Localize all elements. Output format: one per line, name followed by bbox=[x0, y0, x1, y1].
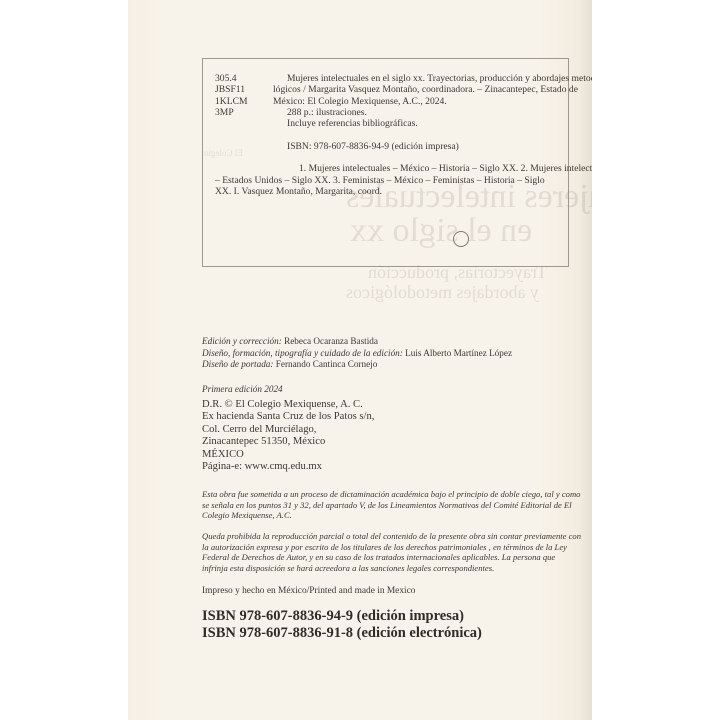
address-line: Col. Cerro del Murciélago, bbox=[202, 424, 582, 436]
publisher-address: D.R. © El Colegio Mexiquense, A. C. Ex h… bbox=[202, 399, 582, 473]
entry-line-blank bbox=[215, 152, 555, 163]
entry-line: México: El Colegio Mexiquense, A.C., 202… bbox=[215, 96, 555, 107]
edition-line: Primera edición 2024 bbox=[202, 384, 582, 395]
credit-line: Diseño de portada: Fernando Cantinca Cor… bbox=[202, 359, 582, 371]
entry-line: lógicos / Margarita Vasquez Montaño, coo… bbox=[215, 84, 555, 95]
copyright-note: Queda prohibida la reproducción parcial … bbox=[202, 531, 582, 573]
bleed-through-subtitle: y abordajes metodológicos bbox=[346, 282, 539, 303]
isbn-electronic: ISBN 978-607-8836-91-8 (edición electrón… bbox=[202, 625, 582, 642]
catalog-record-box: 305.4 JBSF11 1KLCM 3MP Mujeres intelectu… bbox=[202, 58, 569, 267]
subject-line: XX. I. Vasquez Montaño, Margarita, coord… bbox=[215, 186, 555, 197]
circle-mark bbox=[453, 231, 469, 247]
catalog-entry: Mujeres intelectuales en el siglo xx. Tr… bbox=[215, 73, 555, 197]
address-line: MÉXICO bbox=[202, 449, 582, 461]
address-line: D.R. © El Colegio Mexiquense, A. C. bbox=[202, 399, 582, 411]
credit-name: Luis Alberto Martínez López bbox=[405, 348, 512, 358]
credit-role: Edición y corrección: bbox=[202, 336, 282, 346]
address-line: Zinacantepec 51350, México bbox=[202, 436, 582, 448]
entry-line: Mujeres intelectuales en el siglo xx. Tr… bbox=[215, 73, 555, 84]
address-line: Ex hacienda Santa Cruz de los Patos s/n, bbox=[202, 411, 582, 423]
printed-in: Impreso y hecho en México/Printed and ma… bbox=[202, 586, 582, 597]
credit-line: Edición y corrección: Rebeca Ocaranza Ba… bbox=[202, 336, 582, 348]
entry-line: Incluye referencias bibliográficas. bbox=[215, 118, 555, 129]
credit-line: Diseño, formación, tipografía y cuidado … bbox=[202, 348, 582, 360]
subject-line: – Estados Unidos – Siglo XX. 3. Feminist… bbox=[215, 175, 555, 186]
subject-line: 1. Mujeres intelectuales – México – Hist… bbox=[215, 163, 555, 174]
entry-line-blank bbox=[215, 129, 555, 140]
credit-name: Fernando Cantinca Cornejo bbox=[276, 359, 378, 369]
website-line: Página-e: www.cmq.edu.mx bbox=[202, 461, 582, 473]
credit-name: Rebeca Ocaranza Bastida bbox=[284, 336, 378, 346]
entry-line: 288 p.: ilustraciones. bbox=[215, 107, 555, 118]
credit-role: Diseño de portada: bbox=[202, 359, 273, 369]
credit-role: Diseño, formación, tipografía y cuidado … bbox=[202, 348, 403, 358]
isbn-block: ISBN 978-607-8836-94-9 (edición impresa)… bbox=[202, 608, 582, 641]
isbn-print: ISBN 978-607-8836-94-9 (edición impresa) bbox=[202, 608, 582, 625]
entry-isbn: ISBN: 978-607-8836-94-9 (edición impresa… bbox=[215, 141, 555, 152]
copyright-page: El Colegio Mujeres intelectuales en el s… bbox=[128, 0, 592, 720]
credits: Edición y corrección: Rebeca Ocaranza Ba… bbox=[202, 336, 582, 371]
peer-review-note: Esta obra fue sometida a un proceso de d… bbox=[202, 489, 582, 521]
